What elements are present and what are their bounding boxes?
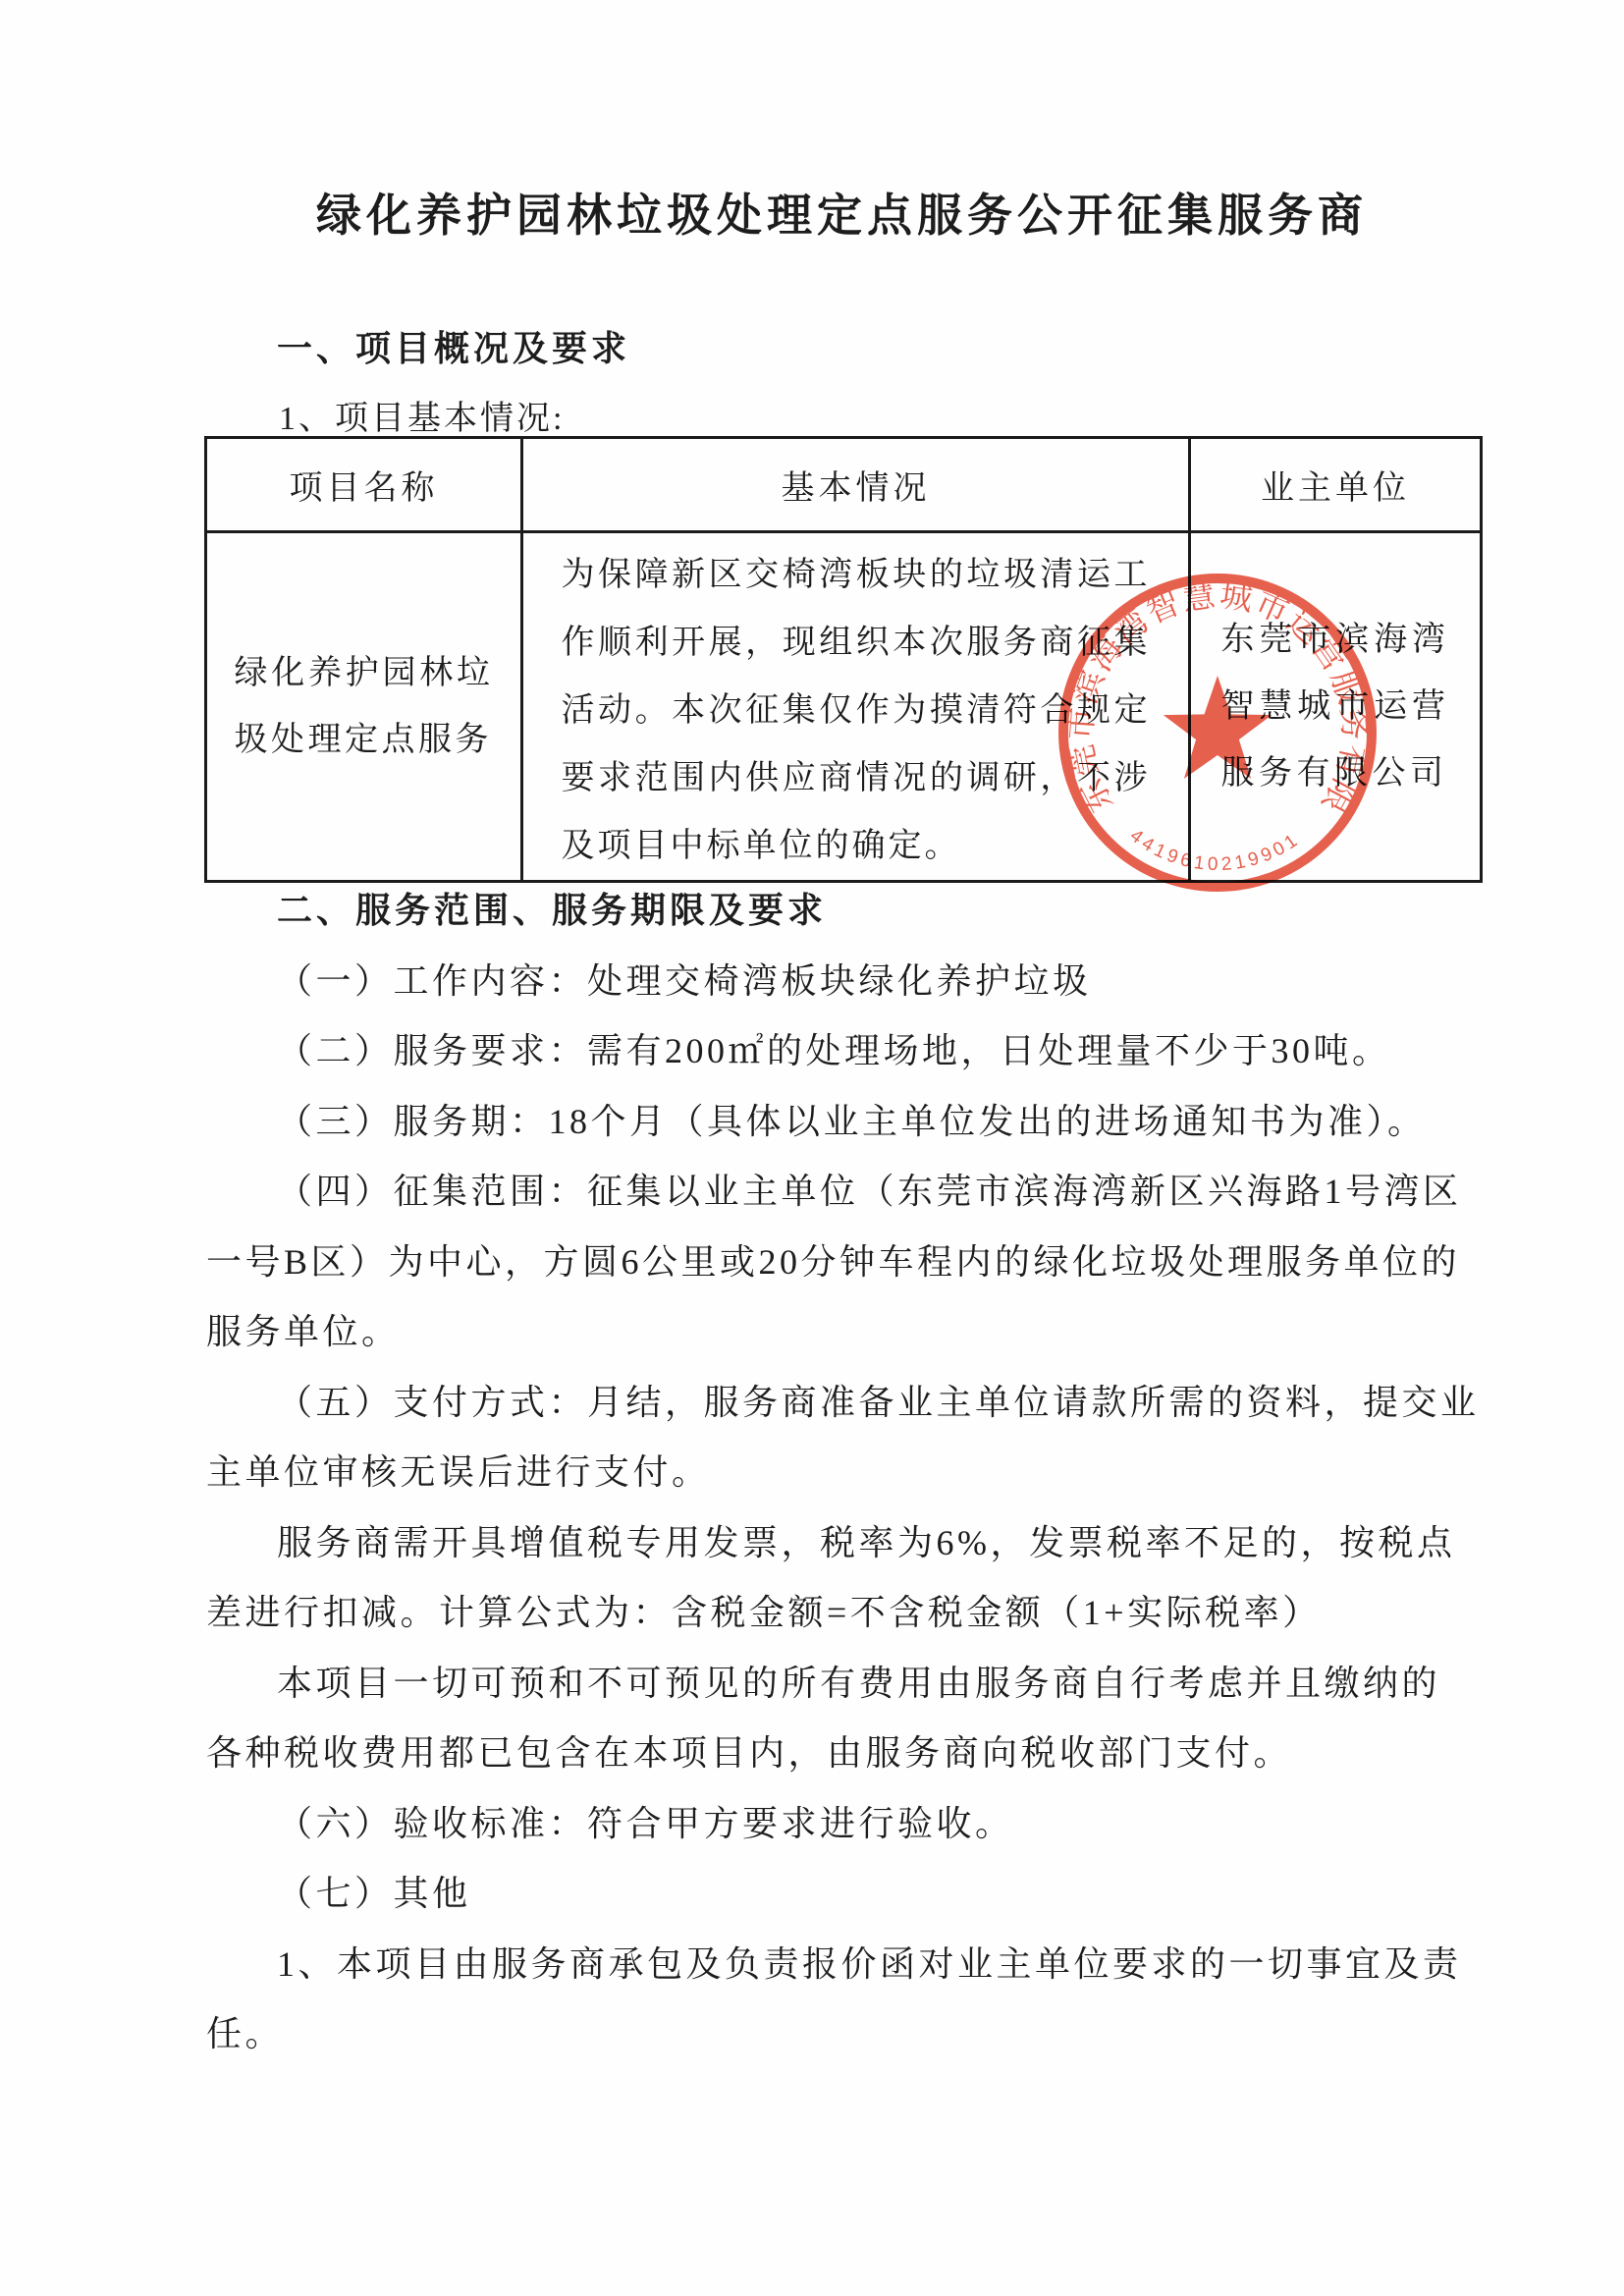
body-line: （六）验收标准：符合甲方要求进行验收。 [206,1789,1483,1860]
body-line: 服务单位。 [206,1297,1483,1368]
body-line: 1、本项目由服务商承包及负责报价函对业主单位要求的一切事宜及责 [206,1930,1483,2000]
header-cell-basic-info: 基本情况 [522,438,1190,532]
header-cell-project-name: 项目名称 [206,438,522,532]
body-line: （五）支付方式：月结，服务商准备业主单位请款所需的资料，提交业 [206,1368,1483,1439]
body-line: 本项目一切可预和不可预见的所有费用由服务商自行考虑并且缴纳的 [206,1649,1483,1720]
body-line: （二）服务要求：需有200㎡的处理场地，日处理量不少于30吨。 [206,1016,1483,1087]
section-one-heading: 一、项目概况及要求 [277,321,630,371]
document-title: 绿化养护园林垃圾处理定点服务公开征集服务商 [204,180,1480,245]
seal-company-text: 东莞市滨海湾智慧城市运营服务有限公司 [1051,566,1373,820]
body-line: （一）工作内容：处理交椅湾板块绿化养护垃圾 [206,947,1483,1017]
body-line: 一号B区）为中心，方圆6公里或20分钟车程内的绿化垃圾处理服务单位的 [206,1228,1483,1298]
table-header-row: 项目名称 基本情况 业主单位 [206,438,1482,532]
body-line: （四）征集范围：征集以业主单位（东莞市滨海湾新区兴海路1号湾区 [206,1157,1483,1228]
project-basic-info-label: 1、项目基本情况: [279,391,565,439]
section-two-heading: 二、服务范围、服务期限及要求 [206,876,1483,947]
body-line: 差进行扣减。计算公式为：含税金额=不含税金额（1+实际税率） [206,1578,1483,1649]
document-page: 绿化养护园林垃圾处理定点服务公开征集服务商 一、项目概况及要求 1、项目基本情况… [0,0,1624,2296]
svg-text:东莞市滨海湾智慧城市运营服务有限公司: 东莞市滨海湾智慧城市运营服务有限公司 [1051,566,1373,820]
body-line: 各种税收费用都已包含在本项目内，由服务商向税收部门支付。 [206,1719,1483,1789]
header-cell-owner-unit: 业主单位 [1190,438,1482,532]
project-name-text: 绿化养护园林垃圾处理定点服务 [235,640,494,774]
body-line: 任。 [206,1999,1483,2070]
body-line: 主单位审核无误后进行支付。 [206,1438,1483,1508]
cell-project-name: 绿化养护园林垃圾处理定点服务 [206,532,522,882]
seal-star-icon [1164,676,1272,779]
body-line: 服务商需开具增值税专用发票，税率为6%，发票税率不足的，按税点 [206,1508,1483,1579]
company-seal: 东莞市滨海湾智慧城市运营服务有限公司 4419610219901 [1051,566,1384,900]
body-line: （七）其他 [206,1859,1483,1930]
body-line: （三）服务期：18个月（具体以业主单位发出的进场通知书为准）。 [206,1087,1483,1158]
section-two: 二、服务范围、服务期限及要求 （一）工作内容：处理交椅湾板块绿化养护垃圾 （二）… [206,876,1483,2070]
